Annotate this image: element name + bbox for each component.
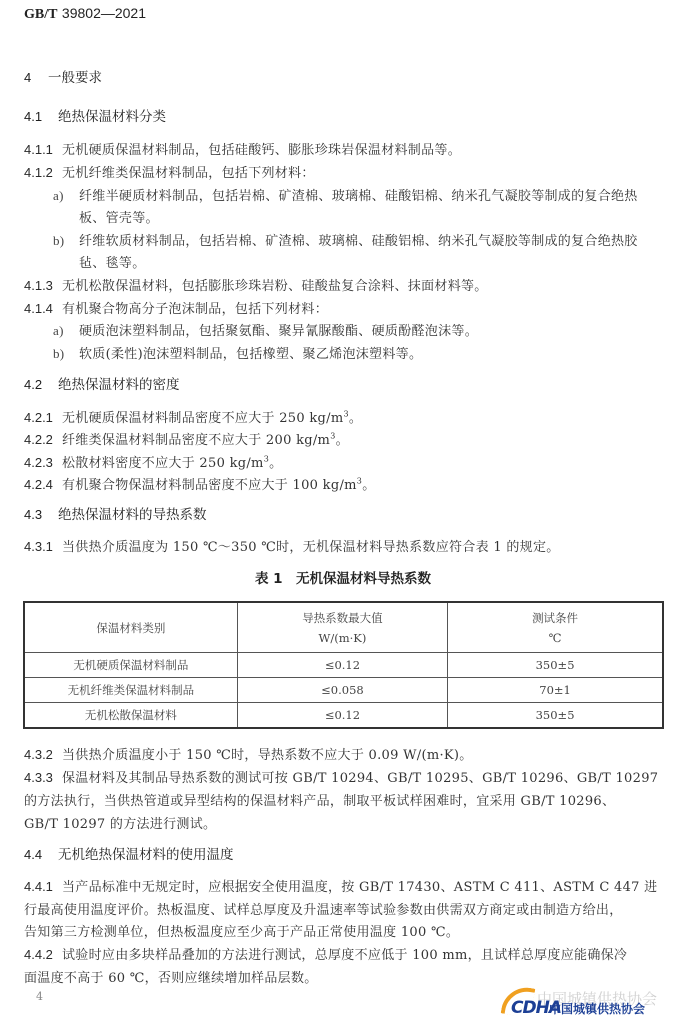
standard-id: 39802—2021 xyxy=(62,5,146,21)
clause-4-2-1: 4.2.1无机硬质保温材料制品密度不应大于 250 kg/m3。 xyxy=(24,407,362,426)
section-heading-4: 4一般要求 xyxy=(24,66,102,86)
table-caption: 表 1 无机保温材料导热系数 xyxy=(0,567,686,587)
list-item-4-1-4-a: a)硬质泡沫塑料制品，包括聚氨酯、聚异氰脲酸酯、硬质酚醛泡沫等。 xyxy=(53,320,478,339)
cell-category: 无机松散保温材料 xyxy=(24,703,237,729)
table-row: 无机硬质保温材料制品 ≤0.12 350±5 xyxy=(24,653,663,678)
list-item-4-1-4-b: b)软质(柔性)泡沫塑料制品，包括橡塑、聚乙烯泡沫塑料等。 xyxy=(53,343,422,362)
clause-4-1-1: 4.1.1无机硬质保温材料制品，包括硅酸钙、膨胀珍珠岩保温材料制品等。 xyxy=(24,139,461,158)
clause-4-4-1: 4.4.1当产品标准中无规定时，应根据安全使用温度，按 GB/T 17430、A… xyxy=(24,876,657,895)
clause-4-3-3-cont-1: 的方法执行，当供热管道或异型结构的保温材料产品，制取平板试样困难时，宜采用 GB… xyxy=(24,790,615,809)
clause-4-2-3: 4.2.3松散材料密度不应大于 250 kg/m3。 xyxy=(24,452,282,471)
cell-test-condition: 350±5 xyxy=(448,653,663,678)
clause-4-2-2: 4.2.2纤维类保温材料制品密度不应大于 200 kg/m3。 xyxy=(24,429,349,448)
org-name: 中国城镇供热协会 xyxy=(549,1000,645,1017)
clause-4-3-2: 4.3.2当供热介质温度小于 150 ℃时，导热系数不应大于 0.09 W/(m… xyxy=(24,744,473,763)
clause-4-4-2-cont: 面温度不高于 60 ℃，否则应继续增加样品层数。 xyxy=(24,967,318,986)
conductivity-table: 保温材料类别 导热系数最大值W/(m·K) 测试条件℃ 无机硬质保温材料制品 ≤… xyxy=(23,601,664,729)
table-row: 无机纤维类保温材料制品 ≤0.058 70±1 xyxy=(24,678,663,703)
list-item-4-1-2-a: a)纤维半硬质材料制品，包括岩棉、矿渣棉、玻璃棉、硅酸铝棉、纳米孔气凝胶等制成的… xyxy=(53,185,638,204)
cell-max-conductivity: ≤0.058 xyxy=(237,678,447,703)
cell-test-condition: 70±1 xyxy=(448,678,663,703)
standard-number: GB/T 39802—2021 xyxy=(24,5,146,23)
list-item-4-1-2-b: b)纤维软质材料制品，包括岩棉、矿渣棉、玻璃棉、硅酸铝棉、纳米孔气凝胶等制成的复… xyxy=(53,230,638,249)
table-header-row: 保温材料类别 导热系数最大值W/(m·K) 测试条件℃ xyxy=(24,602,663,653)
clause-4-3-1: 4.3.1当供热介质温度为 150 ℃～350 ℃时，无机保温材料导热系数应符合… xyxy=(24,536,560,555)
cell-max-conductivity: ≤0.12 xyxy=(237,703,447,729)
clause-4-3-3-cont-2: GB/T 10297 的方法进行测试。 xyxy=(24,813,216,832)
cell-max-conductivity: ≤0.12 xyxy=(237,653,447,678)
clause-4-4-1-cont-2: 告知第三方检测单位，但热板温度应至少高于产品正常使用温度 100 ℃。 xyxy=(24,921,459,940)
cell-test-condition: 350±5 xyxy=(448,703,663,729)
clause-4-4-1-cont-1: 行最高使用温度评价。热板温度、试样总厚度及升温速率等试验参数由供需双方商定或由制… xyxy=(24,899,623,918)
section-heading-4-3: 4.3绝热保温材料的导热系数 xyxy=(24,503,207,523)
standard-code: GB/T xyxy=(24,7,57,22)
clause-4-1-3: 4.1.3无机松散保温材料，包括膨胀珍珠岩粉、硅酸盐复合涂料、抹面材料等。 xyxy=(24,275,488,294)
watermark-logo: 中国城镇供热协会 CDHA 中国城镇供热协会 xyxy=(497,986,682,1022)
clause-4-3-3: 4.3.3保温材料及其制品导热系数的测试可按 GB/T 10294、GB/T 1… xyxy=(24,767,658,786)
page-number: 4 xyxy=(36,990,43,1003)
clause-4-4-2: 4.4.2试验时应由多块样品叠加的方法进行测试，总厚度不应低于 100 mm，且… xyxy=(24,944,627,963)
section-heading-4-4: 4.4无机绝热保温材料的使用温度 xyxy=(24,843,234,863)
clause-4-1-2: 4.1.2无机纤维类保温材料制品，包括下列材料： xyxy=(24,162,315,181)
list-item-4-1-2-a-cont: 板、管壳等。 xyxy=(79,207,159,226)
cell-category: 无机纤维类保温材料制品 xyxy=(24,678,237,703)
section-heading-4-2: 4.2绝热保温材料的密度 xyxy=(24,373,180,393)
header-category: 保温材料类别 xyxy=(24,602,237,653)
clause-4-1-4: 4.1.4有机聚合物高分子泡沫制品，包括下列材料： xyxy=(24,298,328,317)
header-max-conductivity: 导热系数最大值W/(m·K) xyxy=(237,602,447,653)
table-row: 无机松散保温材料 ≤0.12 350±5 xyxy=(24,703,663,729)
header-test-condition: 测试条件℃ xyxy=(448,602,663,653)
clause-4-2-4: 4.2.4有机聚合物保温材料制品密度不应大于 100 kg/m3。 xyxy=(24,474,376,493)
section-heading-4-1: 4.1绝热保温材料分类 xyxy=(24,105,166,125)
list-item-4-1-2-b-cont: 毡、毯等。 xyxy=(79,252,146,271)
cell-category: 无机硬质保温材料制品 xyxy=(24,653,237,678)
